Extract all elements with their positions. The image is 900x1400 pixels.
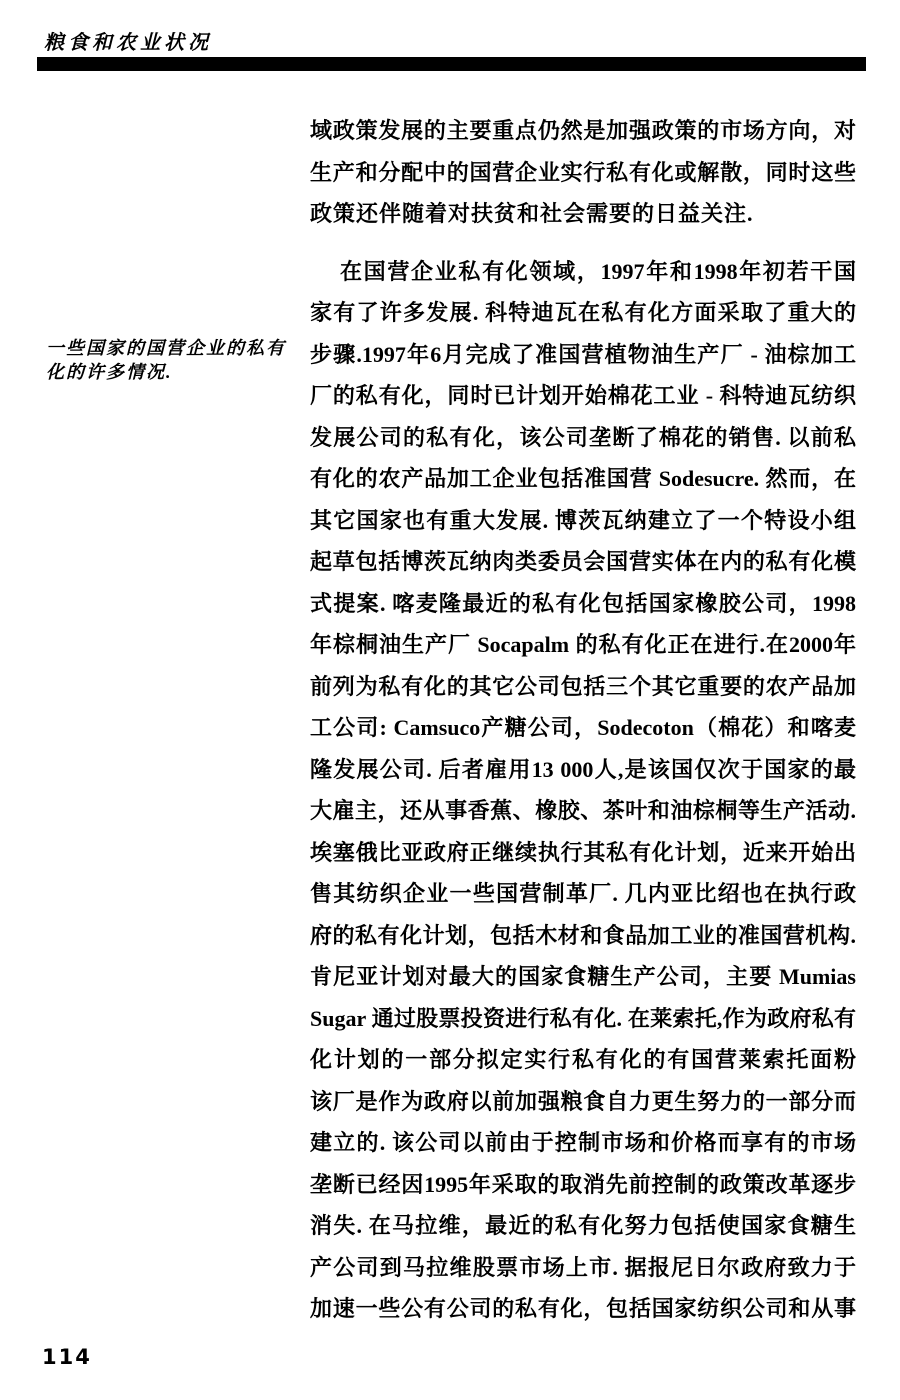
body-line: 其它国家也有重大发展. 博茨瓦纳建立了一个特设小组 — [310, 500, 856, 542]
body-line: 年棕桐油生产厂 Socapalm 的私有化正在进行.在2000年 — [310, 624, 856, 666]
body-line: 隆发展公司. 后者雇用13 000人,是该国仅次于国家的最 — [310, 749, 856, 791]
running-header-title: 粮食和农业状况 — [44, 26, 212, 55]
body-line: 步骤.1997年6月完成了准国营植物油生产厂 - 油棕加工 — [310, 334, 856, 376]
body-line: 府的私有化计划，包括木材和食品加工业的准国营机构. — [310, 915, 856, 957]
body-line: 垄断已经因1995年采取的取消先前控制的政策改革逐步 — [310, 1164, 856, 1206]
document-page: 粮食和农业状况 一些国家的国营企业的私有 化的许多情况. 域政策发展的主要重点仍… — [0, 0, 900, 1400]
body-line: 家有了许多发展. 科特迪瓦在私有化方面采取了重大的 — [310, 292, 856, 334]
page-number: 114 — [42, 1345, 92, 1369]
body-line: 工公司: Camsuco产糖公司，Sodecoton（棉花）和喀麦 — [310, 707, 856, 749]
body-line: 式提案. 喀麦隆最近的私有化包括国家橡胶公司，1998 — [310, 583, 856, 625]
body-line: 加速一些公有公司的私有化，包括国家纺织公司和从事 — [310, 1288, 856, 1330]
body-line: 埃塞俄比亚政府正继续执行其私有化计划，近来开始出 — [310, 832, 856, 874]
body-line: 售其纺织企业一些国营制革厂. 几内亚比绍也在执行政 — [310, 873, 856, 915]
body-text-column: 域政策发展的主要重点仍然是加强政策的市场方向，对 生产和分配中的国营企业实行私有… — [310, 110, 856, 1330]
body-line: 前列为私有化的其它公司包括三个其它重要的农产品加 — [310, 666, 856, 708]
body-line: 建立的. 该公司以前由于控制市场和价格而享有的市场 — [310, 1122, 856, 1164]
body-line: 起草包括博茨瓦纳肉类委员会国营实体在内的私有化模 — [310, 541, 856, 583]
body-line: 生产和分配中的国营企业实行私有化或解散，同时这些 — [310, 152, 856, 194]
body-line: 消失. 在马拉维，最近的私有化努力包括使国家食糖生 — [310, 1205, 856, 1247]
body-line: 域政策发展的主要重点仍然是加强政策的市场方向，对 — [310, 110, 856, 152]
body-line: 发展公司的私有化，该公司垄断了棉花的销售. 以前私 — [310, 417, 856, 459]
body-line: 化计划的一部分拟定实行私有化的有国营莱索托面粉厂， — [310, 1039, 856, 1081]
body-line: 厂的私有化，同时已计划开始棉花工业 - 科特迪瓦纺织 — [310, 375, 856, 417]
body-line: 产公司到马拉维股票市场上市. 据报尼日尔政府致力于 — [310, 1247, 856, 1289]
body-line: 大雇主，还从事香蕉、橡胶、茶叶和油棕桐等生产活动. — [310, 790, 856, 832]
body-line: 在国营企业私有化领域，1997年和1998年初若干国 — [310, 251, 856, 293]
header-rule-divider — [37, 57, 866, 71]
body-line: 该厂是作为政府以前加强粮食自力更生努力的一部分而 — [310, 1081, 856, 1123]
body-line: Sugar 通过股票投资进行私有化. 在莱索托,作为政府私有 — [310, 998, 856, 1040]
margin-note-line: 一些国家的国营企业的私有 — [46, 336, 308, 360]
body-line: 有化的农产品加工企业包括准国营 Sodesucre. 然而，在 — [310, 458, 856, 500]
body-line: 肯尼亚计划对最大的国家食糖生产公司，主要 Mumias — [310, 956, 856, 998]
margin-note: 一些国家的国营企业的私有 化的许多情况. — [46, 336, 308, 384]
body-line: 政策还伴随着对扶贫和社会需要的日益关注. — [310, 193, 856, 235]
margin-note-line: 化的许多情况. — [46, 360, 308, 384]
